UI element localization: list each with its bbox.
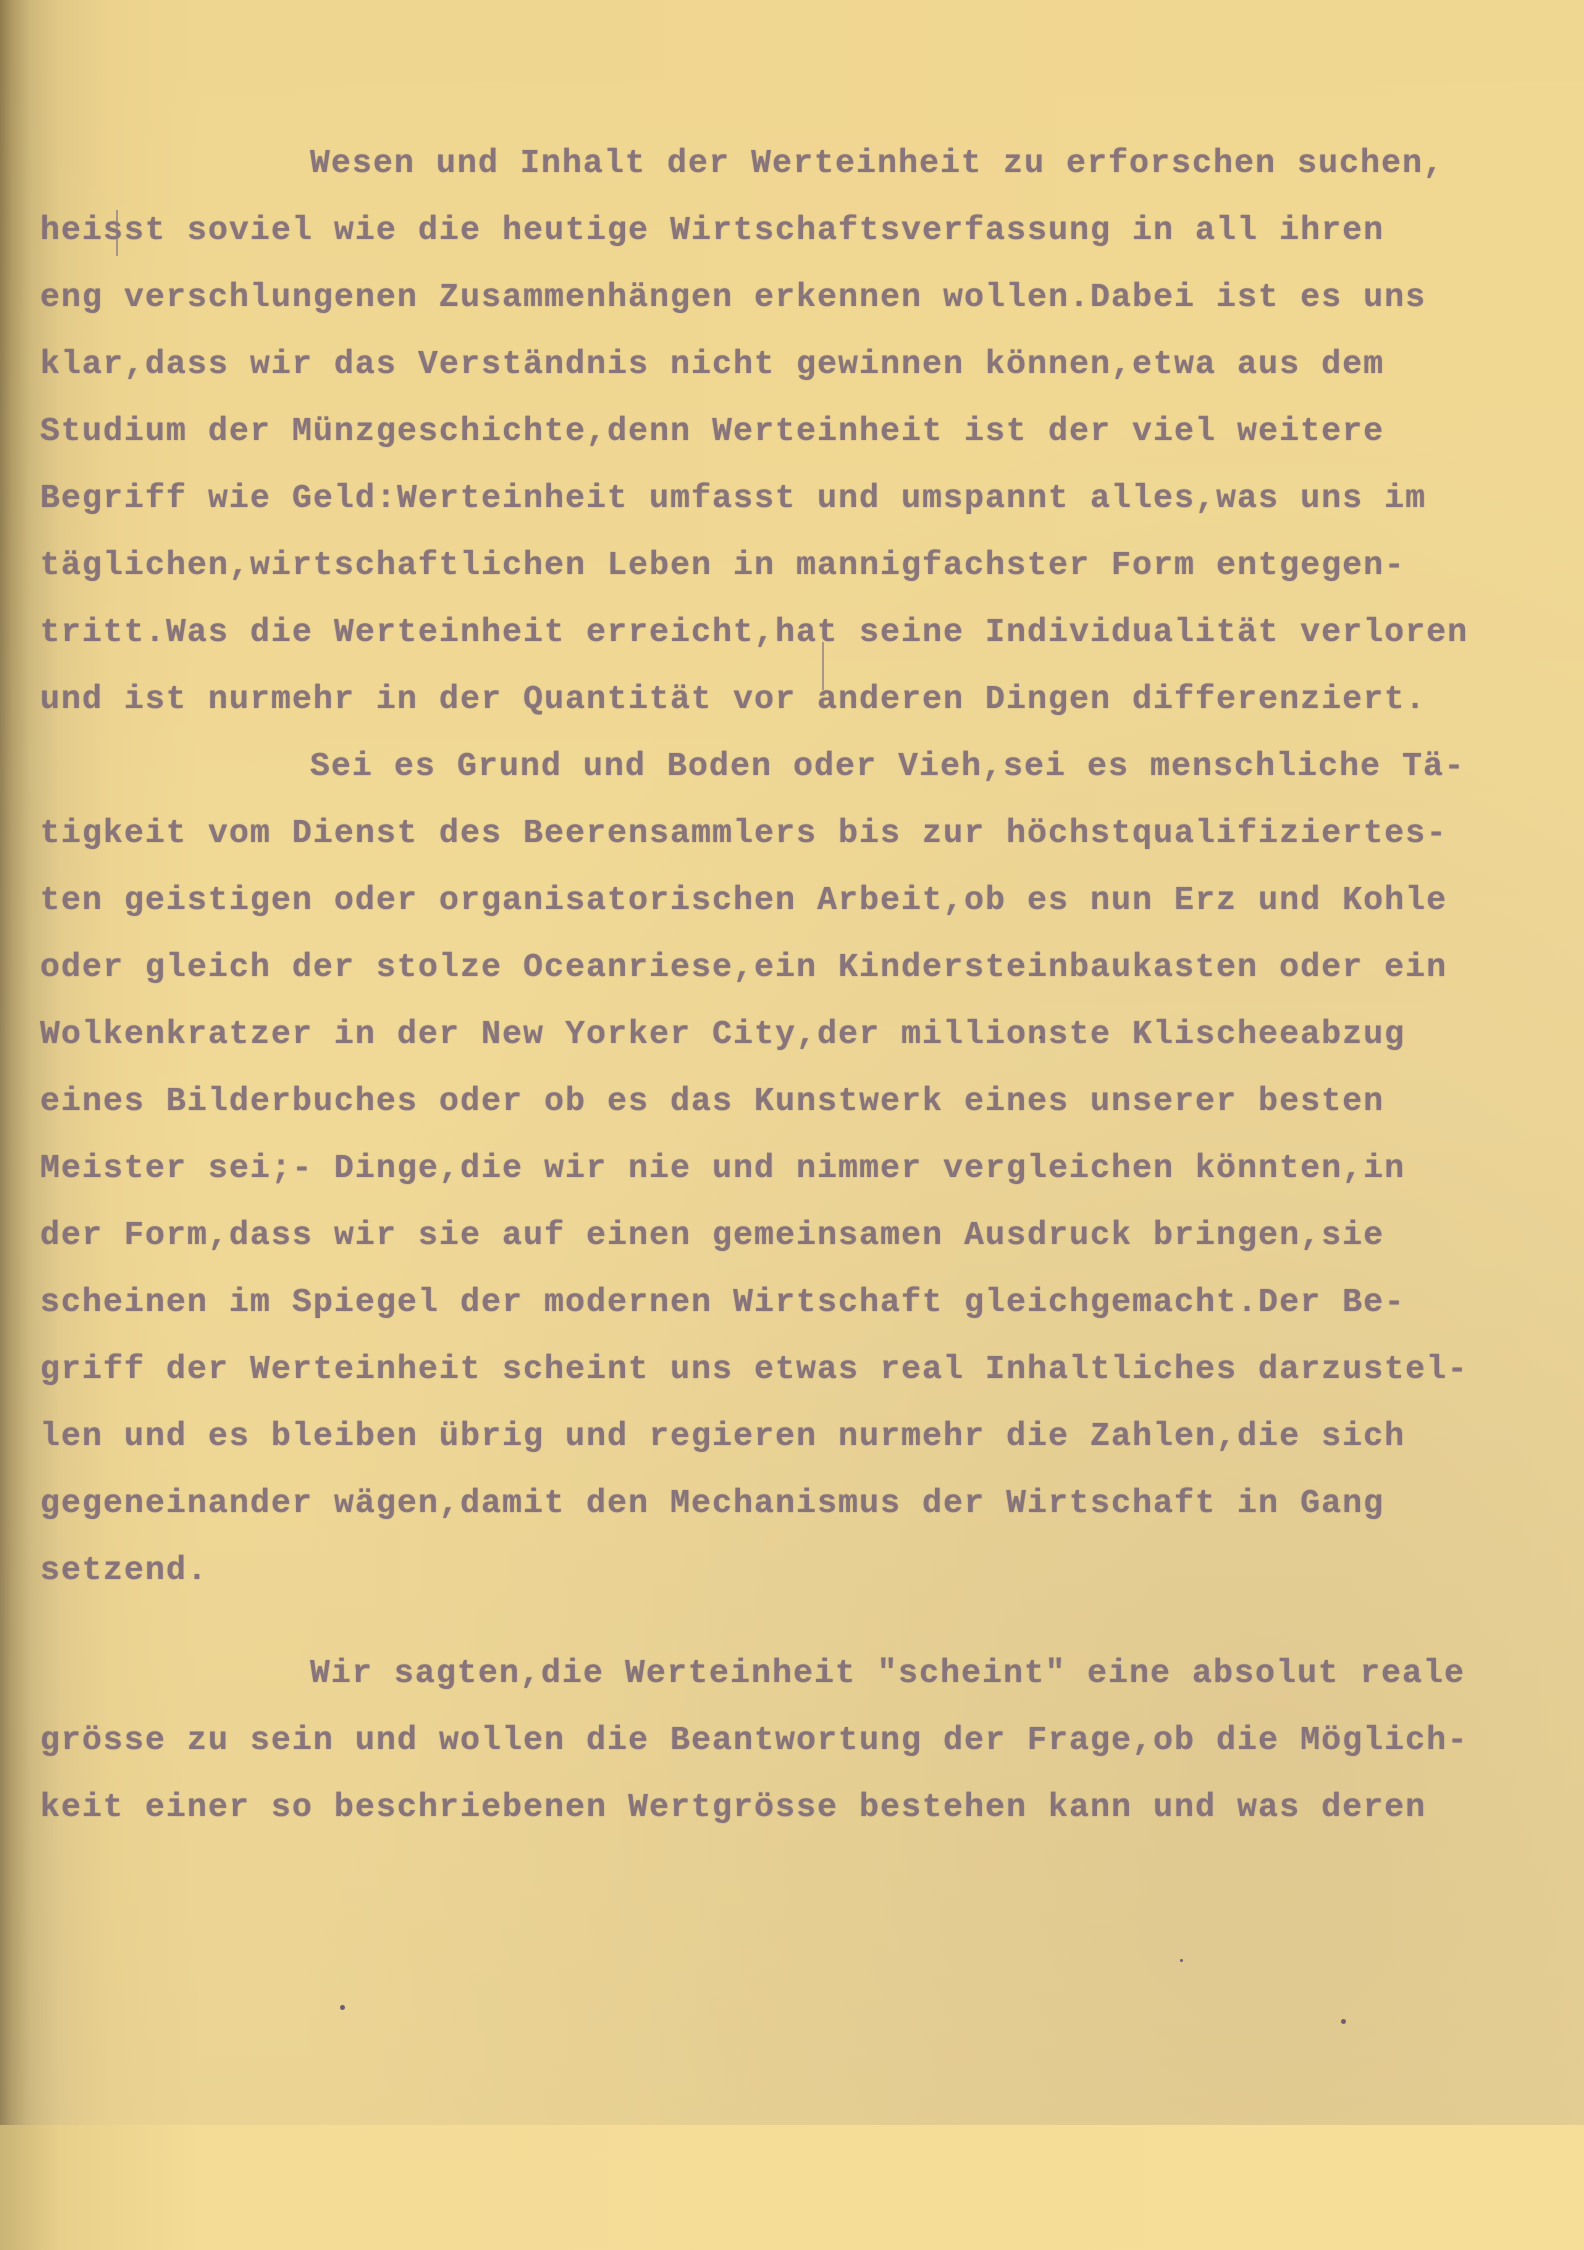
ink-speck [1039,1036,1042,1039]
text-line: der Form,dass wir sie auf einen gemeinsa… [40,1202,1560,1269]
text-line: Wolkenkratzer in der New Yorker City,der… [40,1001,1560,1068]
text-line: len und es bleiben übrig und regieren nu… [40,1403,1560,1470]
text-line: heisst soviel wie die heutige Wirtschaft… [40,197,1560,264]
correction-stroke [116,210,118,256]
text-line: oder gleich der stolze Oceanriese,ein Ki… [40,934,1560,1001]
paragraph-3: Wir sagten,die Werteinheit "scheint" ein… [40,1640,1560,1841]
text-line: keit einer so beschriebenen Wertgrösse b… [40,1774,1560,1841]
ink-speck [340,2005,345,2010]
text-line: scheinen im Spiegel der modernen Wirtsch… [40,1269,1560,1336]
text-line: ten geistigen oder organisatorischen Arb… [40,867,1560,934]
text-line: klar,dass wir das Verständnis nicht gewi… [40,331,1560,398]
text-line: tigkeit vom Dienst des Beerensammlers bi… [40,800,1560,867]
text-line: eines Bilderbuches oder ob es das Kunstw… [40,1068,1560,1135]
paragraph-2: Sei es Grund und Boden oder Vieh,sei es … [40,733,1560,1604]
paragraph-1: Wesen und Inhalt der Werteinheit zu erfo… [40,130,1560,733]
text-line: Sei es Grund und Boden oder Vieh,sei es … [40,733,1560,800]
text-line: tritt.Was die Werteinheit erreicht,hat s… [40,599,1560,666]
text-line: Studium der Münzgeschichte,denn Werteinh… [40,398,1560,465]
text-line: Begriff wie Geld:Werteinheit umfasst und… [40,465,1560,532]
text-line: gegeneinander wägen,damit den Mechanismu… [40,1470,1560,1537]
text-line: Meister sei;- Dinge,die wir nie und nimm… [40,1135,1560,1202]
backing-sheet [0,2125,1584,2250]
text-line: eng verschlungenen Zusammenhängen erkenn… [40,264,1560,331]
text-line: täglichen,wirtschaftlichen Leben in mann… [40,532,1560,599]
document-body: Wesen und Inhalt der Werteinheit zu erfo… [40,130,1560,1841]
text-line: setzend. [40,1537,1560,1604]
text-line: Wesen und Inhalt der Werteinheit zu erfo… [40,130,1560,197]
text-line: griff der Werteinheit scheint uns etwas … [40,1336,1560,1403]
text-line: Wir sagten,die Werteinheit "scheint" ein… [40,1640,1560,1707]
ink-speck [1180,1959,1183,1962]
text-line: und ist nurmehr in der Quantität vor and… [40,666,1560,733]
paragraph-gap [40,1604,1560,1640]
correction-stroke [822,642,824,690]
ink-speck [1341,2019,1346,2024]
text-line: grösse zu sein und wollen die Beantwortu… [40,1707,1560,1774]
